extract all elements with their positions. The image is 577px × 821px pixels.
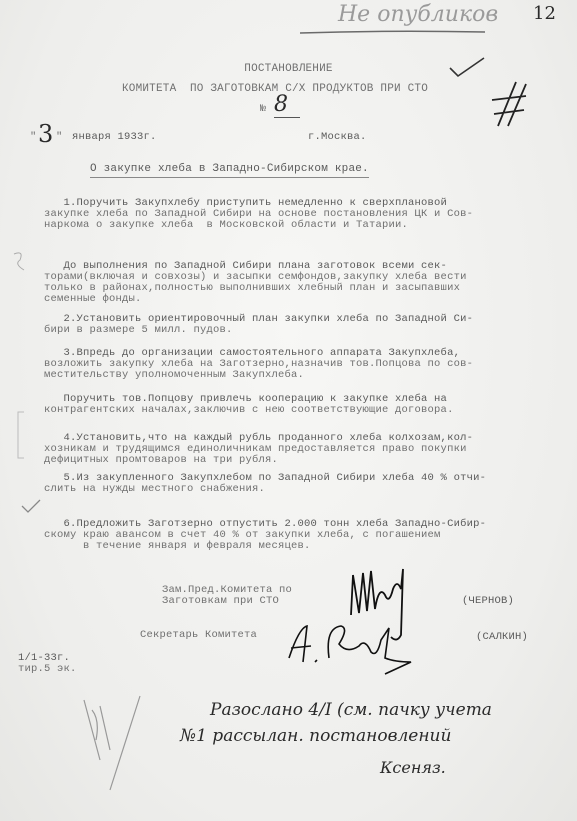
unpublished-note: Не опубликов [338,2,498,27]
secretary-title: Секретарь Комитета [140,630,257,641]
distribution-initials: Ксеняз. [380,758,446,777]
distribution-note-line1: Разослано 4/I (см. пачку учета [210,700,492,720]
paragraph-line: семенные фонды. [44,294,142,305]
city: г.Москва. [308,132,367,143]
secretary-signature [285,618,425,678]
underline-stroke [300,30,490,36]
margin-checkmark-icon [20,498,42,514]
paragraph-line: наркома о закупке хлеба в Московской обл… [44,220,408,231]
paragraph-line: бири в размере 5 милл. пудов. [44,325,233,336]
paragraph-line: дефицитных промтоваров на три рубля. [44,455,278,466]
paragraph-line: в течение января и февраля месяцев. [44,541,311,552]
deputy-name: (ЧЕРНОВ) [462,596,514,607]
document-subject: О закупке хлеба в Западно-Сибирском крае… [90,164,369,178]
margin-bracket-icon [14,410,26,460]
paragraph-line: контрагентских началах,заключив с нею со… [44,405,454,416]
paragraph-line: местительству уполномоченным Закупхлеба. [44,370,304,381]
number-label: № [260,104,266,115]
number-value: 8 [274,92,300,118]
deputy-title-line2: Заготовкам при СТО [162,596,279,607]
date-day: 3 [38,120,53,148]
secretary-name: (САЛКИН) [476,632,528,643]
paragraph-line: слить на нужды местного снабжения. [44,484,265,495]
distribution-note-line2: №1 рассылан. постановлений [180,726,451,746]
footer-copies: тир.5 эк. [18,664,77,675]
document-title: ПОСТАНОВЛЕНИЕ [0,64,577,75]
document-page: Не опубликов 12 ПОСТАНОВЛЕНИЕ КОМИТЕТА П… [0,0,577,821]
page-number: 12 [533,3,556,24]
faint-signature [80,690,150,790]
margin-mark-icon [10,250,30,274]
document-number: № 8 [260,98,266,116]
date-rest: января 1933г. [72,132,157,143]
